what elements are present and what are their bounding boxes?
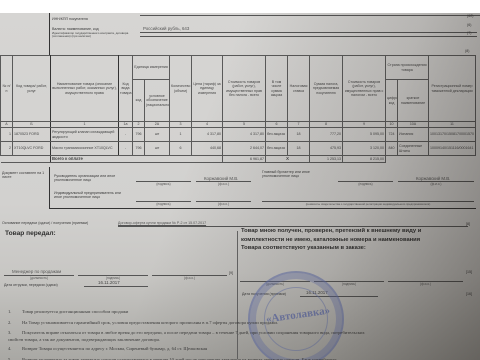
row-qty: 1 <box>170 128 192 142</box>
col-type-code: Код вида товара <box>119 56 133 122</box>
caption-requisites: (реквизиты свидетельства о государственн… <box>262 202 474 206</box>
row-unit-name: шт <box>145 142 170 156</box>
col-customs: Регистрационный номер таможенной деклара… <box>429 56 476 122</box>
caption-sign: (подпись) <box>136 202 191 206</box>
total-row: Всего к оплате 6 961,87 X 1 253,13 8 215… <box>1 156 476 163</box>
receipt-line-3: Товара соответствуют указанным в заказе: <box>241 244 480 253</box>
row-cost-no-tax: 2 644,07 <box>223 142 266 156</box>
terms-item-number: 1. <box>8 306 22 317</box>
scanned-document: ИНН/КПП покупателя Валюта: наименование,… <box>0 13 480 360</box>
row-country-code: 840 <box>386 142 398 156</box>
terms-item-text: свойств товара, а так же документов, под… <box>8 337 160 342</box>
currency-line <box>140 32 477 33</box>
receipt-ref-15: [15] <box>466 270 472 274</box>
terms-item-text: Товар реализуется дистанционным способом… <box>22 309 128 314</box>
total-empty <box>1 156 51 163</box>
transfer-position: Менеджер по продажам <box>12 269 61 274</box>
accountant-label: Главный бухгалтер или иное уполномоченно… <box>262 170 332 179</box>
row-customs: 10009140/151116/0001641 <box>429 142 476 156</box>
head-name: Коржавский М.В. <box>204 176 238 181</box>
row-excise: без акциза <box>266 142 288 156</box>
ref-8: (8) <box>465 49 469 53</box>
transfer-heading: Товар передал: <box>5 230 56 237</box>
total-excise: X <box>266 156 310 163</box>
ref-6b: (6б) <box>467 14 473 18</box>
row-tax-rate: 18 <box>288 128 310 142</box>
caption-sign: (подпись) <box>338 182 393 186</box>
col-unit-code: код <box>133 80 145 122</box>
terms-item-number: 5. <box>8 354 22 360</box>
terms-item-number: 2. <box>8 317 22 328</box>
row-tax-sum: 777,20 <box>310 128 343 142</box>
basis-label: Основание передачи (сдачи) / получения (… <box>2 221 88 225</box>
row-customs: 10013170/150817/0001570 <box>429 128 476 142</box>
shipment-date-value: 16.11.2017 <box>98 280 120 285</box>
basis-value: Договор-оферта купли продажи № Р-2 от 15… <box>118 221 206 225</box>
row-code: XT10QLVC FORD <box>13 142 51 156</box>
row-type-code: - <box>119 128 133 142</box>
row-code: 1870523 FORD <box>13 128 51 142</box>
row-type-code: - <box>119 142 133 156</box>
row-price: 440,68 <box>192 142 223 156</box>
terms-item-number: 4. <box>8 343 22 354</box>
row-country-name: Соединенные Штаты <box>398 142 429 156</box>
ref-6: (6) <box>467 23 471 27</box>
terms-item-text: Возврат Товара осуществляется по адресу … <box>22 346 207 351</box>
head-label: Руководитель организации или иное уполно… <box>54 174 129 183</box>
row-price: 4 317,80 <box>192 128 223 142</box>
header-divider <box>49 13 50 55</box>
terms-item: 5.Возврат уплаченных за товар денежных с… <box>8 354 480 360</box>
caption-fio: (ф.и.о.) <box>196 182 251 186</box>
entrepreneur-label: Индивидуальный предприниматель или иное … <box>54 191 129 200</box>
total-label: Всего к оплате <box>51 156 223 163</box>
receipt-line-2: комплектности не имею, каталожные номера… <box>241 236 480 245</box>
receipt-line-1: Товар мною получен, проверен, претензий … <box>241 227 480 236</box>
table-row: 2 XT10QLVC FORD Масло трансмиссионное XT… <box>1 142 476 156</box>
row-no: 2 <box>1 142 13 156</box>
currency-value: Российский рубль, 643 <box>143 26 189 31</box>
receipt-ref-16: [16] <box>466 292 472 296</box>
col-no: № п/п <box>1 56 13 122</box>
contract-id-label: Идентификатор государственного контракта… <box>52 32 142 40</box>
col-unit-name: условное обозначение (национальное) <box>145 80 170 122</box>
ref-7: (7) <box>467 31 471 35</box>
col-qty: Количество (объем) <box>170 56 192 122</box>
total-cost-no-tax: 6 961,87 <box>223 156 266 163</box>
transfer-ref: [9] <box>229 271 233 275</box>
col-code: Код товара/ работ, услуг <box>13 56 51 122</box>
caption-fio: (ф.и.о.) <box>196 202 251 206</box>
terms-item: свойств товара, а так же документов, под… <box>8 336 480 343</box>
inn-kpp-label: ИНН/КПП покупателя <box>52 17 88 21</box>
col-unit-group: Единица измерения <box>133 56 170 80</box>
col-cost-no-tax: Стоимость товаров (работ, услуг), имущес… <box>223 56 266 122</box>
table-header-row: № п/п Код товара/ работ, услуг Наименова… <box>1 56 476 80</box>
row-name: Регулирующий клапан охлаждающей жидкости <box>51 128 119 142</box>
shipment-date-label: Дата отгрузки, передачи (сдачи) <box>4 283 58 287</box>
terms-list: 1.Товар реализуется дистанционным способ… <box>8 306 480 360</box>
col-tax-sum: Сумма налога, предъявляемая покупателю <box>310 56 343 122</box>
col-country-name: краткое наименование <box>398 80 429 122</box>
caption-fio: (ф.и.о.) <box>388 282 463 286</box>
row-cost-with-tax: 3 120,00 <box>343 142 386 156</box>
total-tail <box>386 156 476 163</box>
terms-item-text: На Товар устанавливается гарантийный сро… <box>22 320 278 325</box>
total-cost-with-tax: 8 215,00 <box>343 156 386 163</box>
row-country-name: Испания <box>398 128 429 142</box>
row-tax-sum: 475,93 <box>310 142 343 156</box>
terms-item: 2.На Товар устанавливается гарантийный с… <box>8 317 480 328</box>
signature-block: Руководитель организации или иное уполно… <box>49 167 476 209</box>
col-tax-rate: Налоговая ставка <box>288 56 310 122</box>
col-name: Наименование товара (описание выполненны… <box>51 56 119 122</box>
terms-item: 4.Возврат Товара осуществляется по адрес… <box>8 343 480 354</box>
receipt-statement: Товар мною получен, проверен, претензий … <box>241 227 480 253</box>
row-cost-with-tax: 5 095,00 <box>343 128 386 142</box>
table-row: 1 1870523 FORD Регулирующий клапан охлаж… <box>1 128 476 142</box>
basis-ref: [8] <box>466 222 470 226</box>
invoice-items-table: № п/п Код товара/ работ, услуг Наименова… <box>0 55 476 163</box>
shipment-date-line <box>84 286 148 287</box>
caption-sign: (подпись) <box>136 182 191 186</box>
contract-line <box>140 36 477 37</box>
row-excise: без акциза <box>266 128 288 142</box>
col-country-code: цифровой код <box>386 80 398 122</box>
col-price: Цена (тариф) за единицу измерения <box>192 56 223 122</box>
col-excise: В том числе сумма акциза <box>266 56 288 122</box>
total-tax-sum: 1 253,13 <box>310 156 343 163</box>
row-qty: 6 <box>170 142 192 156</box>
row-unit-name: шт <box>145 128 170 142</box>
row-cost-no-tax: 4 317,80 <box>223 128 266 142</box>
accountant-name: Коржавский М.В. <box>416 176 450 181</box>
caption-fio: (ф.и.о.) <box>152 276 227 280</box>
row-tax-rate: 18 <box>288 142 310 156</box>
caption-fio: (ф.и.о.) <box>398 182 474 186</box>
col-country-group: Страна происхождения товара <box>386 56 429 80</box>
row-country-code: 724 <box>386 128 398 142</box>
row-no: 1 <box>1 128 13 142</box>
row-unit-code: 796 <box>133 128 145 142</box>
row-name: Масло трансмиссионное XT10QLVC <box>51 142 119 156</box>
doc-composed-label: Документ составлен на 1 листе <box>2 171 48 180</box>
col-cost-with-tax: Стоимость товаров (работ, услуг), имущес… <box>343 56 386 122</box>
row-unit-code: 796 <box>133 142 145 156</box>
terms-item: 1.Товар реализуется дистанционным способ… <box>8 306 480 317</box>
caption-position: (должность) <box>4 276 74 280</box>
terms-item-text: Покупатель вправе отказаться от товара в… <box>22 330 365 335</box>
inn-kpp-line <box>140 15 480 16</box>
